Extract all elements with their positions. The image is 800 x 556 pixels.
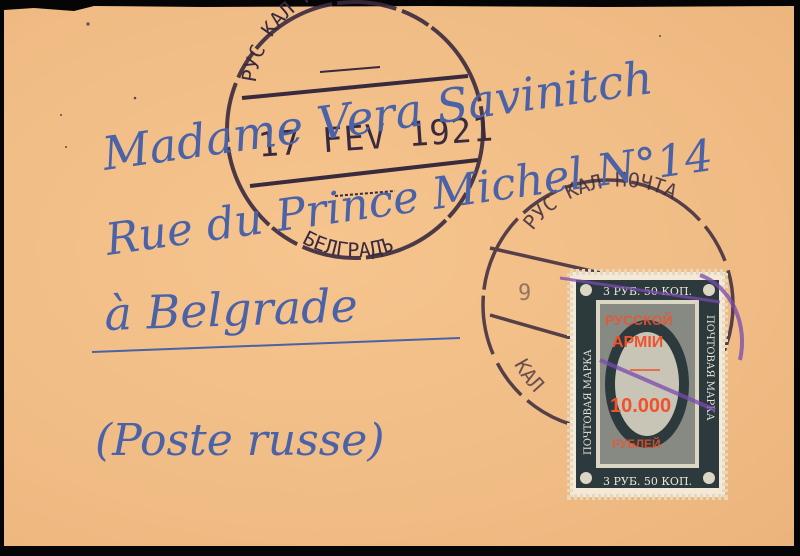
stamp-overprint-value: 10.000 bbox=[610, 395, 671, 417]
address-line-3: à Belgrade bbox=[103, 278, 358, 341]
address-line-4: (Poste russe) bbox=[95, 415, 385, 466]
stamp-overprint-mid: АРМІИ bbox=[612, 334, 663, 351]
postmark-stamp-numeral: 9 bbox=[518, 281, 531, 306]
cover-artwork: РУС КАЛ ПОЧТА 17 FEV 1921 БЕЛГРАДЪ РУС К… bbox=[0, 0, 800, 556]
stamp-overprint-bottom: РУБЛЕЙ bbox=[612, 436, 661, 451]
stamp-overprint-top: РУССКОЙ bbox=[605, 311, 673, 328]
postage-stamp: 3 РУБ. 50 КОП. 3 РУБ. 50 КОП. ПОЧТОВАЯ М… bbox=[570, 272, 725, 497]
photo-background: РУС КАЛ ПОЧТА 17 FEV 1921 БЕЛГРАДЪ РУС К… bbox=[0, 0, 800, 556]
postmark-main-top-text: РУС КАЛ ПОЧТА bbox=[237, 0, 363, 84]
address-underline bbox=[92, 338, 460, 352]
stamp-bottom-value: 3 РУБ. 50 КОП. bbox=[603, 475, 692, 488]
stamp-side-text-left: ПОЧТОВАЯ МАРКА bbox=[583, 349, 594, 455]
